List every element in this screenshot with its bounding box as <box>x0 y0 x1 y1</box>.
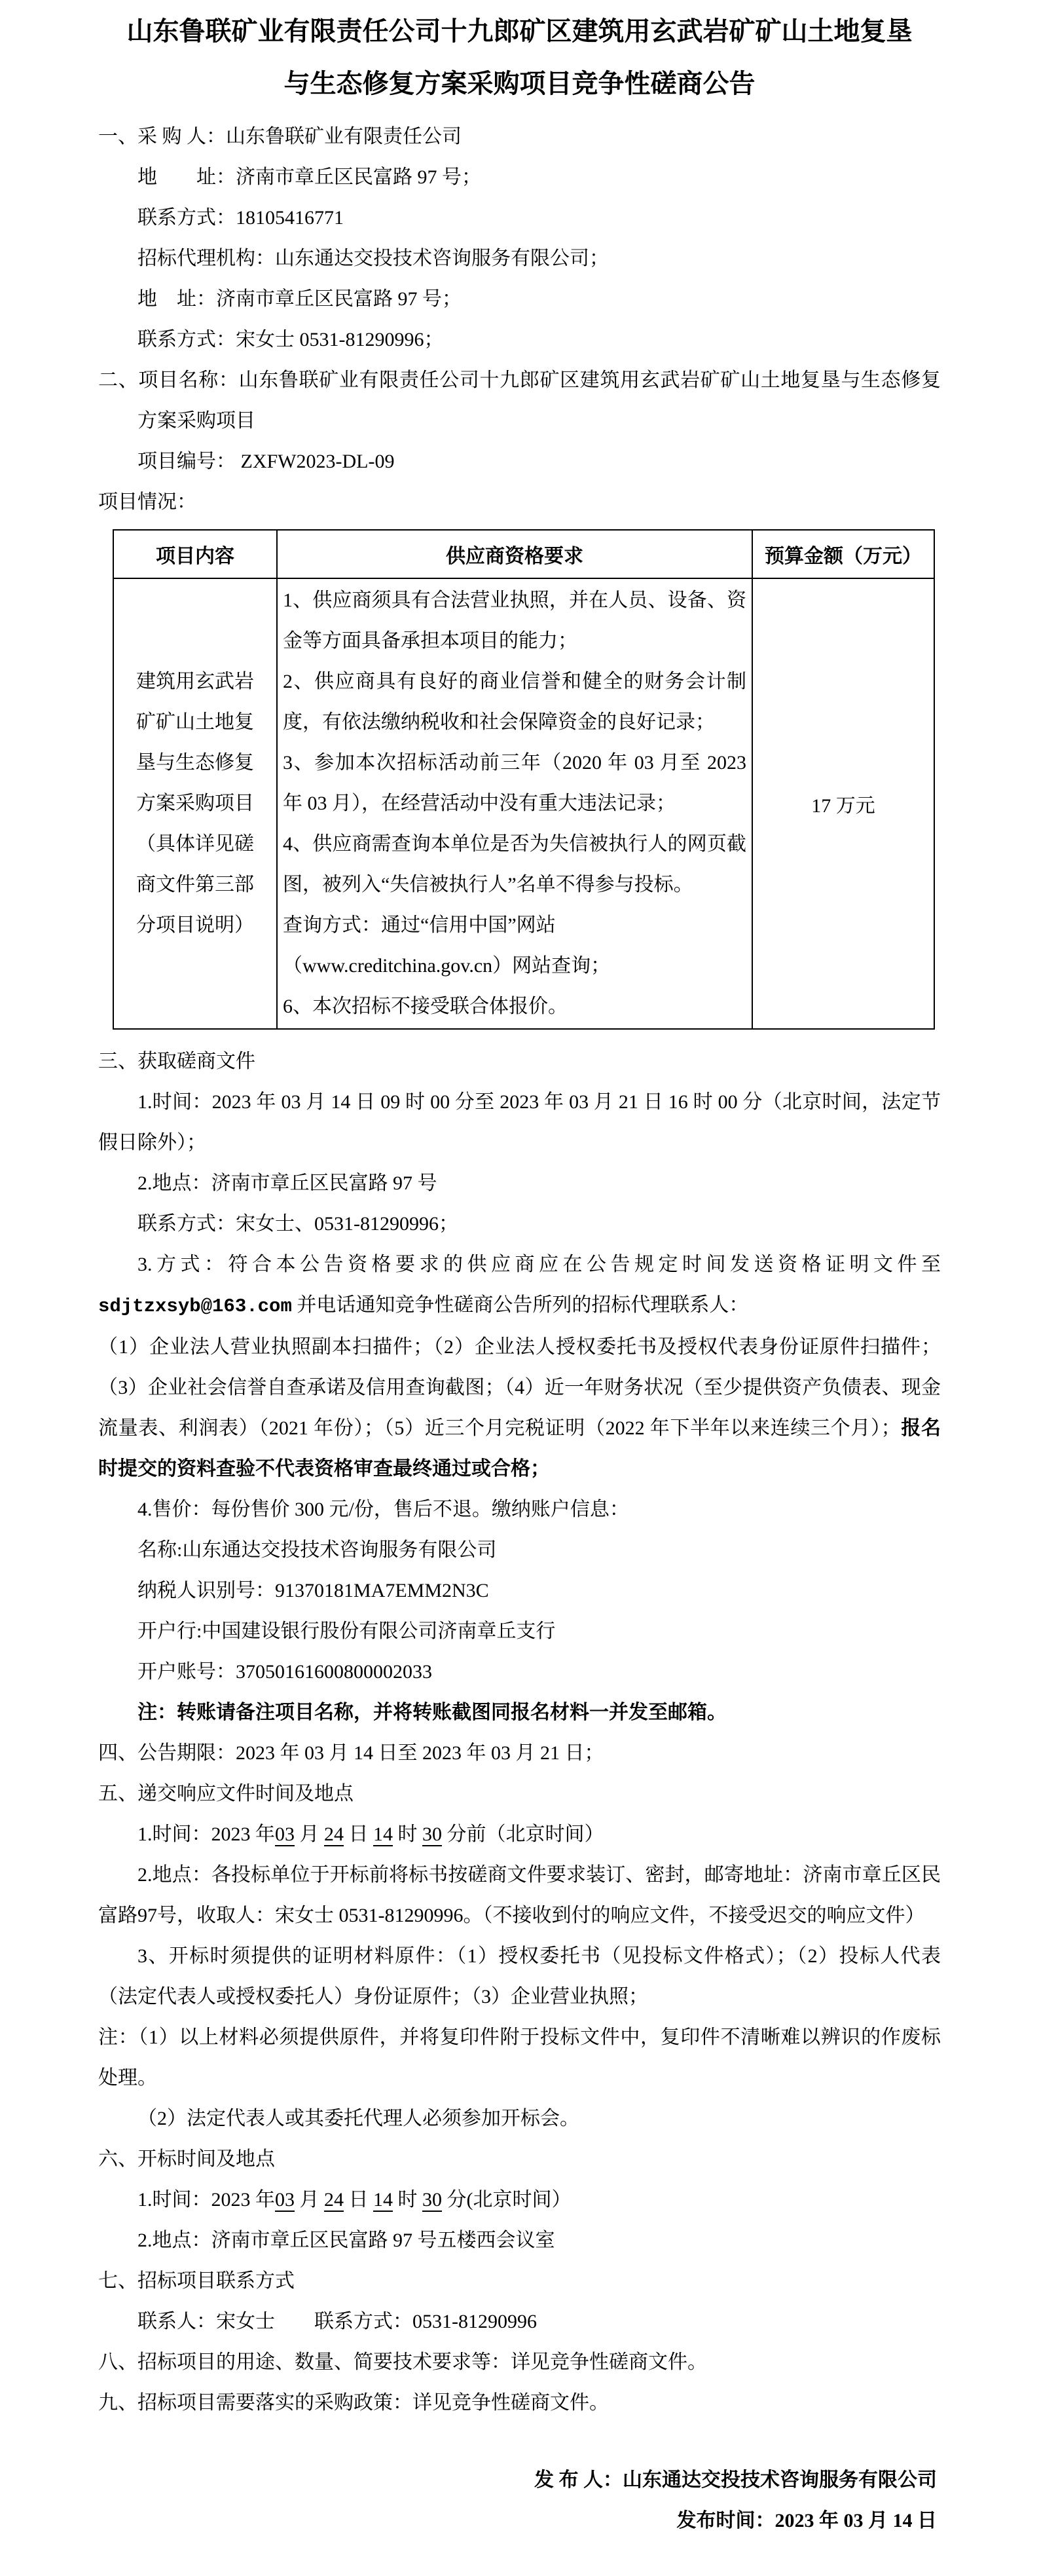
opening-location: 2.地点：济南市章丘区民富路 97 号五楼西会议室 <box>98 2220 941 2261</box>
document-price: 4.售价：每份售价 300 元/份，售后不退。缴纳账户信息： <box>98 1489 941 1530</box>
text-run: 九、招标项目需要落实的采购政策：详见竞争性磋商文件。 <box>98 2392 609 2414</box>
text-run: 四、公告期限：2023 年 03 月 14 日至 2023 年 03 月 21 … <box>98 1742 604 1764</box>
bank-name: 开户行:中国建设银行股份有限公司济南章丘支行 <box>98 1611 941 1652</box>
text-run: 二、项目名称：山东鲁联矿业有限责任公司十九郎矿区建筑用玄武岩矿矿山土地复垦与生态… <box>98 369 941 432</box>
table-row: 建筑用玄武岩矿矿山土地复垦与生态修复方案采购项目（具体详见磋商文件第三部分项目说… <box>113 578 934 1029</box>
publish-date-line: 发布时间：2023 年 03 月 14 日 <box>98 2501 941 2541</box>
text-run: 3、开标时须提供的证明材料原件：（1）授权委托书（见投标文件格式）；（2）投标人… <box>98 1945 941 2007</box>
materials-note-2: （2）法定代表人或其委托代理人必须参加开标会。 <box>98 2099 941 2139</box>
submission-time: 1.时间：2023 年03 月 24 日 14 时 30 分前（北京时间） <box>98 1814 941 1855</box>
body-paragraphs-after-table: 三、获取磋商文件1.时间：2023 年 03 月 14 日 09 时 00 分至… <box>98 1041 941 2423</box>
text-run: 注：转账请备注项目名称，并将转账截图同报名材料一并发至邮箱。 <box>137 1702 727 1723</box>
text-run: 发布时间：2023 年 03 月 14 日 <box>677 2510 938 2531</box>
agency-contact: 联系方式：宋女士 0531-81290996； <box>98 320 941 360</box>
text-run: 4.售价：每份售价 300 元/份，售后不退。缴纳账户信息： <box>137 1499 629 1520</box>
obtain-time: 1.时间：2023 年 03 月 14 日 09 时 00 分至 2023 年 … <box>98 1082 941 1163</box>
opening-time: 1.时间：2023 年03 月 24 日 14 时 30 分(北京时间） <box>98 2180 941 2220</box>
opening-materials: 3、开标时须提供的证明材料原件：（1）授权委托书（见投标文件格式）；（2）投标人… <box>98 1936 941 2017</box>
text-run: 六、开标时间及地点 <box>98 2148 275 2170</box>
supplier-requirements-cell: 1、供应商须具有合法营业执照，并在人员、设备、资金等方面具备承担本项目的能力；2… <box>277 578 752 1029</box>
text-run: 分前（北京时间） <box>442 1823 604 1845</box>
col-header-project-content: 项目内容 <box>113 530 277 578</box>
text-run: 发 布 人：山东通达交投技术咨询服务有限公司 <box>534 2469 937 2491</box>
requirement-line: 1、供应商须具有合法营业执照，并在人员、设备、资金等方面具备承担本项目的能力； <box>283 580 746 662</box>
obtain-method: 3.方式：符合本公告资格要求的供应商应在公告规定时间发送资格证明文件至sdjtz… <box>98 1244 941 1327</box>
text-run: 项目情况： <box>98 491 196 513</box>
text-run: 分(北京时间） <box>442 2189 572 2211</box>
text-run: 2.地点：济南市章丘区民富路 97 号 <box>137 1172 437 1194</box>
project-contact: 联系人：宋女士 联系方式：0531-81290996 <box>98 2302 941 2342</box>
text-run: 月 <box>295 1823 324 1845</box>
text-run: 项目编号： ZXFW2023-DL-09 <box>137 451 394 472</box>
text-run: 2.地点：各投标单位于开标前将标书按磋商文件要求装订、密封，邮寄地址：济南市章丘… <box>98 1864 941 1926</box>
underlined-value: 03 <box>275 1823 295 1845</box>
text-run: 开户行:中国建设银行股份有限公司济南章丘支行 <box>137 1620 555 1642</box>
section-opening-time-heading: 六、开标时间及地点 <box>98 2139 941 2180</box>
text-run: 地 址：济南市章丘区民富路 97 号； <box>137 288 462 310</box>
underlined-value: 24 <box>324 1823 344 1845</box>
document-title-line-2: 与生态修复方案采购项目竞争性磋商公告 <box>98 58 941 110</box>
section-project-contact-heading: 七、招标项目联系方式 <box>98 2261 941 2302</box>
requirement-line: 4、供应商需查询本单位是否为失信被执行人的网页截图，被列入“失信被执行人”名单不… <box>283 824 746 905</box>
text-run: 日 <box>344 1823 373 1845</box>
section-response-submission-heading: 五、递交响应文件时间及地点 <box>98 1774 941 1814</box>
section-purchaser-heading: 一、采 购 人：山东鲁联矿业有限责任公司 <box>98 117 941 157</box>
text-run: 月 <box>295 2189 324 2211</box>
text-run: 并电话通知竞争性磋商公告所列的招标代理联系人： <box>292 1294 749 1316</box>
purchaser-address: 地 址：济南市章丘区民富路 97 号； <box>98 157 941 198</box>
project-content-cell: 建筑用玄武岩矿矿山土地复垦与生态修复方案采购项目（具体详见磋商文件第三部分项目说… <box>113 578 277 1029</box>
section-project-usage: 八、招标项目的用途、数量、简要技术要求等：详见竞争性磋商文件。 <box>98 2342 941 2383</box>
text-run: 五、递交响应文件时间及地点 <box>98 1783 354 1804</box>
qualification-documents-list: （1）企业法人营业执照副本扫描件；（2）企业法人授权委托书及授权代表身份证原件扫… <box>98 1327 941 1489</box>
section-obtain-documents-heading: 三、获取磋商文件 <box>98 1041 941 1082</box>
section-announcement-period: 四、公告期限：2023 年 03 月 14 日至 2023 年 03 月 21 … <box>98 1733 941 1774</box>
underlined-value: 14 <box>373 2189 393 2211</box>
col-header-supplier-requirements: 供应商资格要求 <box>277 530 752 578</box>
text-run: 2.地点：济南市章丘区民富路 97 号五楼西会议室 <box>137 2230 555 2251</box>
text-run: 纳税人识别号：91370181MA7EMM2N3C <box>137 1580 489 1601</box>
taxpayer-id: 纳税人识别号：91370181MA7EMM2N3C <box>98 1571 941 1611</box>
text-run: 注：（1）以上材料必须提供原件，并将复印件附于投标文件中，复印件不清晰难以辨识的… <box>98 2026 941 2089</box>
project-info-table-body: 建筑用玄武岩矿矿山土地复垦与生态修复方案采购项目（具体详见磋商文件第三部分项目说… <box>113 578 934 1029</box>
section-project-name: 二、项目名称：山东鲁联矿业有限责任公司十九郎矿区建筑用玄武岩矿矿山土地复垦与生态… <box>98 360 941 441</box>
text-run: 地 址：济南市章丘区民富路 97 号； <box>137 166 481 188</box>
requirement-line: 2、供应商具有良好的商业信誉和健全的财务会计制度，有依法缴纳税收和社会保障资金的… <box>283 662 746 743</box>
body-paragraphs-before-table: 一、采 购 人：山东鲁联矿业有限责任公司地 址：济南市章丘区民富路 97 号；联… <box>98 117 941 523</box>
agency-address: 地 址：济南市章丘区民富路 97 号； <box>98 279 941 320</box>
bank-account: 开户账号：37050161600800002033 <box>98 1652 941 1692</box>
text-run: 三、获取磋商文件 <box>98 1051 255 1072</box>
text-run: 一、采 购 人：山东鲁联矿业有限责任公司 <box>98 126 462 147</box>
budget-amount-cell: 17 万元 <box>752 578 934 1029</box>
underlined-value: 14 <box>373 1823 393 1845</box>
text-run: （2）法定代表人或其委托代理人必须参加开标会。 <box>137 2108 579 2129</box>
table-header-row: 项目内容 供应商资格要求 预算金额（万元） <box>113 530 934 578</box>
transfer-note: 注：转账请备注项目名称，并将转账截图同报名材料一并发至邮箱。 <box>98 1692 941 1733</box>
text-run: 3.方式：符合本公告资格要求的供应商应在公告规定时间发送资格证明文件至 <box>137 1254 941 1275</box>
project-number: 项目编号： ZXFW2023-DL-09 <box>98 441 941 482</box>
text-run: 1.时间：2023 年 <box>137 2189 275 2211</box>
publisher-line: 发 布 人：山东通达交投技术咨询服务有限公司 <box>98 2460 941 2501</box>
document-page: { "colors": { "text": "#000000", "backgr… <box>0 0 1039 2576</box>
obtain-contact: 联系方式：宋女士、0531-81290996； <box>98 1204 941 1244</box>
text-run: 联系方式：宋女士、0531-81290996； <box>137 1213 458 1235</box>
requirement-line: 查询方式：通过“信用中国”网站 <box>283 905 746 946</box>
requirement-line: 6、本次招标不接受联合体报价。 <box>283 986 746 1027</box>
underlined-value: 30 <box>422 2189 442 2211</box>
text-run: 日 <box>344 2189 373 2211</box>
text-run: 1.时间：2023 年 <box>137 1823 275 1845</box>
text-run: 1.时间：2023 年 03 月 14 日 09 时 00 分至 2023 年 … <box>98 1091 941 1153</box>
agency-name: 招标代理机构：山东通达交投技术咨询服务有限公司； <box>98 238 941 279</box>
text-run: 联系方式：18105416771 <box>137 207 344 229</box>
text-run: 八、招标项目的用途、数量、简要技术要求等：详见竞争性磋商文件。 <box>98 2351 707 2373</box>
underlined-value: 30 <box>422 1823 442 1845</box>
document-content: 山东鲁联矿业有限责任公司十九郎矿区建筑用玄武岩矿矿山土地复垦 与生态修复方案采购… <box>0 0 1039 2541</box>
document-title-line-1: 山东鲁联矿业有限责任公司十九郎矿区建筑用玄武岩矿矿山土地复垦 <box>98 5 941 58</box>
document-footer: 发 布 人：山东通达交投技术咨询服务有限公司发布时间：2023 年 03 月 1… <box>98 2460 941 2541</box>
text-run: 名称:山东通达交投技术咨询服务有限公司 <box>137 1539 496 1561</box>
text-run: 时 <box>393 2189 422 2211</box>
section-procurement-policy: 九、招标项目需要落实的采购政策：详见竞争性磋商文件。 <box>98 2383 941 2423</box>
text-run: 联系人：宋女士 联系方式：0531-81290996 <box>137 2311 537 2332</box>
document-title: 山东鲁联矿业有限责任公司十九郎矿区建筑用玄武岩矿矿山土地复垦 与生态修复方案采购… <box>98 5 941 110</box>
account-name: 名称:山东通达交投技术咨询服务有限公司 <box>98 1530 941 1571</box>
materials-note-1: 注：（1）以上材料必须提供原件，并将复印件附于投标文件中，复印件不清晰难以辨识的… <box>98 2017 941 2099</box>
text-run: （1）企业法人营业执照副本扫描件；（2）企业法人授权委托书及授权代表身份证原件扫… <box>98 1336 941 1439</box>
text-run: 开户账号：37050161600800002033 <box>137 1661 432 1683</box>
project-overview-label: 项目情况： <box>98 482 941 523</box>
requirement-line: （www.creditchina.gov.cn）网站查询； <box>283 946 746 986</box>
text-run: 联系方式：宋女士 0531-81290996； <box>137 329 444 350</box>
requirement-line: 3、参加本次招标活动前三年（2020 年 03 月至 2023 年 03 月），… <box>283 743 746 824</box>
col-header-budget: 预算金额（万元） <box>752 530 934 578</box>
text-run: 时 <box>393 1823 422 1845</box>
text-run: 招标代理机构：山东通达交投技术咨询服务有限公司； <box>137 248 609 269</box>
purchaser-contact: 联系方式：18105416771 <box>98 198 941 238</box>
project-info-table: 项目内容 供应商资格要求 预算金额（万元） 建筑用玄武岩矿矿山土地复垦与生态修复… <box>113 529 935 1030</box>
project-info-table-header: 项目内容 供应商资格要求 预算金额（万元） <box>113 530 934 578</box>
obtain-location: 2.地点：济南市章丘区民富路 97 号 <box>98 1163 941 1204</box>
underlined-value: 03 <box>275 2189 295 2211</box>
submission-location: 2.地点：各投标单位于开标前将标书按磋商文件要求装订、密封，邮寄地址：济南市章丘… <box>98 1855 941 1936</box>
text-run: 七、招标项目联系方式 <box>98 2270 295 2292</box>
underlined-value: 24 <box>324 2189 344 2211</box>
email-text: sdjtzxsyb@163.com <box>98 1296 292 1317</box>
